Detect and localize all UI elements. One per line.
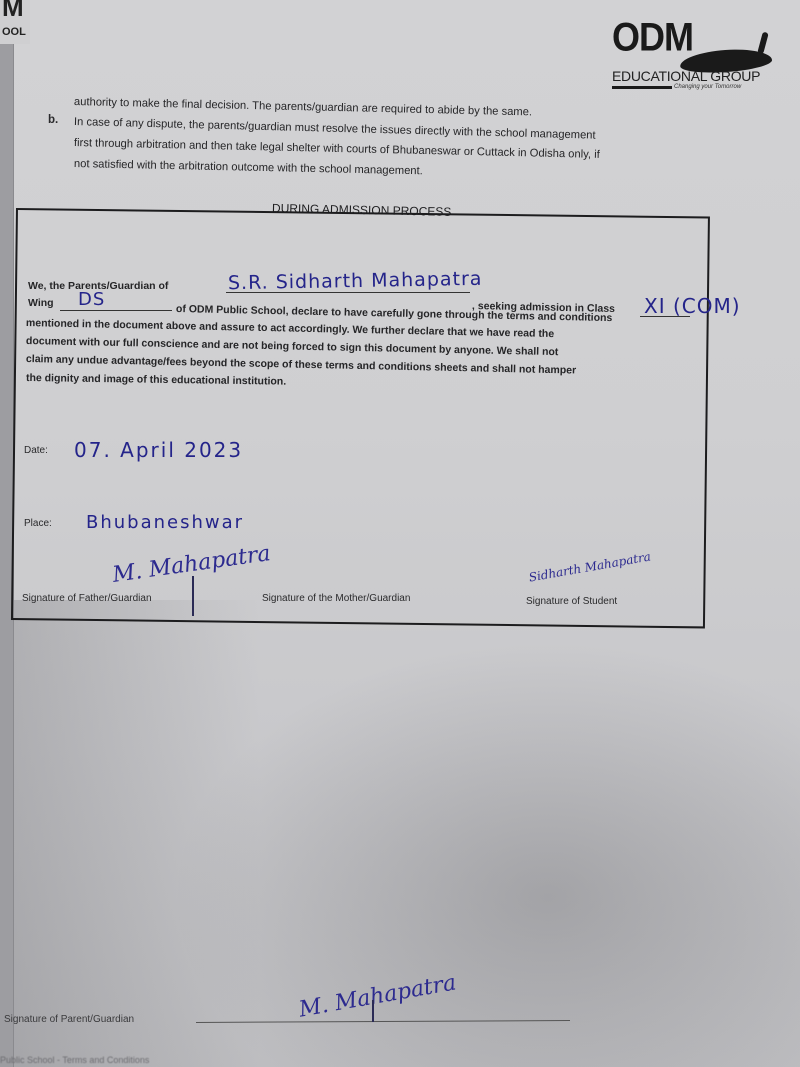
- class-underline: [640, 316, 690, 317]
- logo-brand: ODM: [612, 14, 693, 60]
- date-label: Date:: [24, 445, 48, 456]
- signature-stroke: [372, 1000, 374, 1022]
- father-signature-label: Signature of Father/Guardian: [22, 593, 152, 604]
- odm-logo: ODM EDUCATIONAL GROUP Changing your Tomo…: [612, 14, 782, 100]
- place-label: Place:: [24, 518, 52, 529]
- logo-subtitle: EDUCATIONAL GROUP: [612, 68, 760, 84]
- class-field[interactable]: XI (COM): [644, 294, 741, 318]
- clause-b-marker: b.: [48, 114, 58, 126]
- student-name-field[interactable]: S.R. Sidharth Mahapatra: [228, 268, 483, 294]
- mother-signature-label: Signature of the Mother/Guardian: [262, 593, 410, 604]
- previous-page-tab: M OOL: [0, 0, 30, 44]
- wing-label: Wing: [28, 297, 54, 309]
- signature-stroke: [192, 576, 194, 616]
- logo-tagline: Changing your Tomorrow: [674, 84, 741, 90]
- place-field[interactable]: Bhubaneshwar: [86, 512, 244, 533]
- student-name-underline: [226, 292, 470, 293]
- page-footer: Public School - Terms and Conditions: [0, 1055, 149, 1065]
- wing-field[interactable]: DS: [78, 289, 105, 310]
- date-field[interactable]: 07. April 2023: [74, 438, 243, 462]
- logo-bar: [612, 86, 672, 89]
- wing-underline: [60, 310, 172, 311]
- parent-signature-label: Signature of Parent/Guardian: [4, 1014, 134, 1025]
- student-signature-label: Signature of Student: [526, 596, 617, 607]
- logo-figure-icon: [757, 32, 768, 55]
- edge-tab-text: OOL: [2, 26, 26, 38]
- edge-tab-letter: M: [2, 0, 24, 23]
